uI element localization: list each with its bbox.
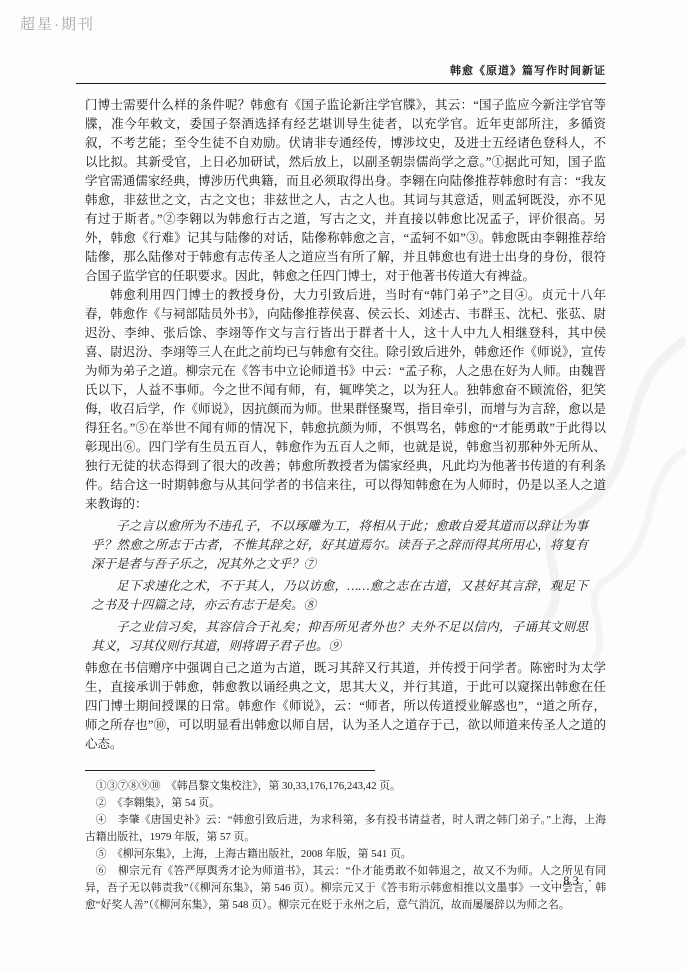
block-quote-1: 子之言以愈所为不违孔子，不以琢雕为工，将相从于此；愈敢自爱其道而以辞让为事乎？然… bbox=[91, 517, 588, 574]
paragraph-1: 门博士需要什么样的条件呢？韩愈有《国子监论新注学官牒》，其云：“国子监应今新注学… bbox=[85, 96, 606, 286]
footnote-5: ⑥ 柳宗元有《答严厚舆秀才论为师道书》，其云：“仆才能勇敢不如韩退之，故又不为师… bbox=[85, 863, 606, 914]
footnote-3: ④ 李肇《唐国史补》云：“韩愈引致后进，为求科第，多有投书请益者，时人谓之韩门弟… bbox=[85, 812, 606, 846]
article-sheet: 韩愈《原道》篇写作时间新证 门博士需要什么样的条件呢？韩愈有《国子监论新注学官牒… bbox=[85, 62, 606, 914]
footnote-block: ①③⑦⑧⑨⑩ 《韩昌黎文集校注》，第 30,33,176,176,243,42 … bbox=[85, 778, 606, 914]
paragraph-3: 韩愈在书信赠序中强调自己之道为古道，既习其辞又行其道，并传授于问学者。陈密时为太… bbox=[85, 659, 606, 754]
block-quote-2: 足下求速化之术，不于其人，乃以访愈，……愈之志在古道，又甚好其言辞，观足下之书及… bbox=[91, 577, 588, 615]
paragraph-2: 韩愈利用四门博士的教授身份，大力引致后进，当时有“韩门弟子”之目④。贞元十八年春… bbox=[85, 286, 606, 514]
running-head: 韩愈《原道》篇写作时间新证 bbox=[85, 62, 606, 78]
block-quote-3: 子之业信习矣，其容信合于礼矣；抑吾所见者外也？夫外不足以信内，子诵其文则思其义，… bbox=[91, 618, 588, 656]
footnote-2: ② 《李翱集》，第 54 页。 bbox=[85, 795, 606, 812]
footnote-4: ⑤ 《柳河东集》，上海，上海古籍出版社，2008 年版，第 541 页。 bbox=[85, 846, 606, 863]
page-number: · 83 · bbox=[550, 874, 595, 889]
footnote-1: ①③⑦⑧⑨⑩ 《韩昌黎文集校注》，第 30,33,176,176,243,42 … bbox=[85, 778, 606, 795]
reader-brand-label: 超星·期刊 bbox=[20, 13, 95, 34]
header-rule bbox=[76, 83, 606, 84]
article-body: 门博士需要什么样的条件呢？韩愈有《国子监论新注学官牒》，其云：“国子监应今新注学… bbox=[85, 96, 606, 754]
footnote-separator bbox=[85, 770, 375, 771]
